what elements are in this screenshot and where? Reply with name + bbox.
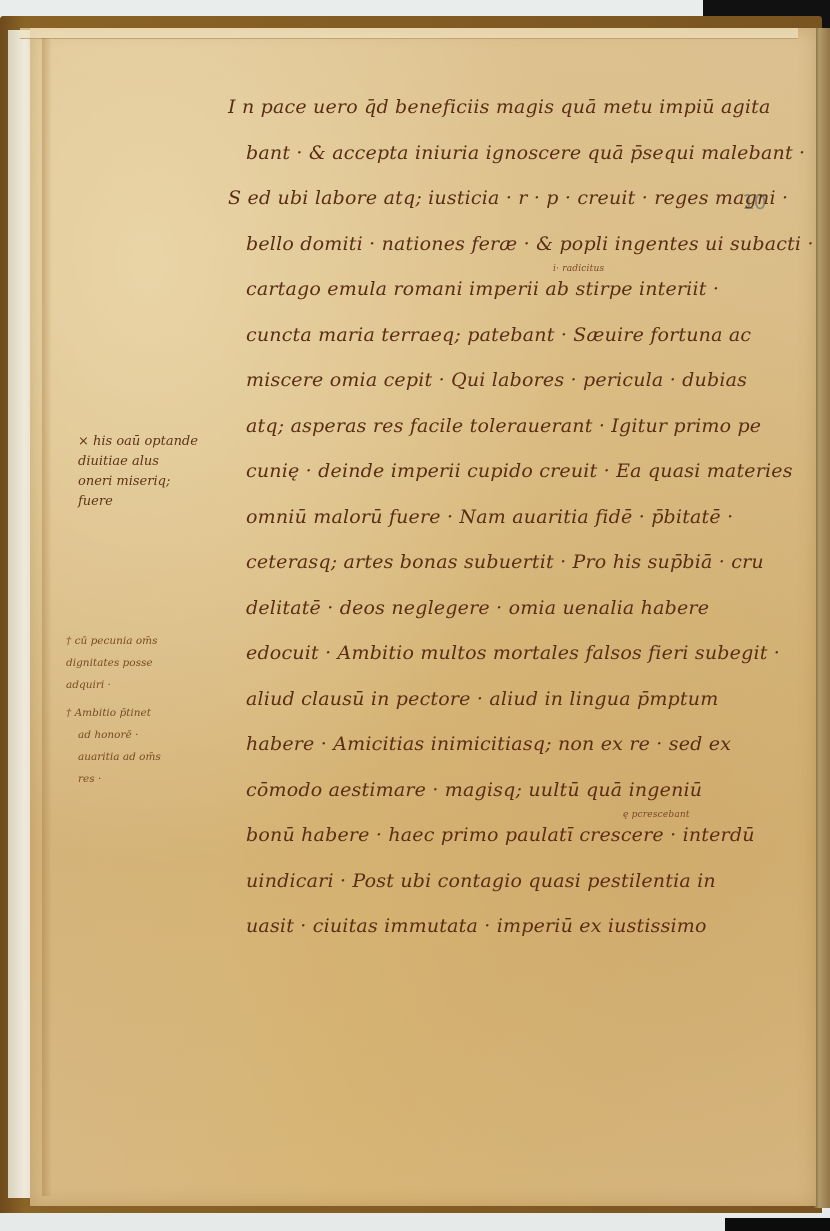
text-line: bonū habere · haec primo paulatī cresc… xyxy=(228,824,768,870)
text-line: bant · & accepta iniuria ignoscere quā … xyxy=(228,142,768,188)
text-line: miscere omia cepit · Qui labores · peric… xyxy=(228,369,768,415)
margin-note-line: fuere xyxy=(78,492,218,512)
text-line: atq; asperas res facile tolerauerant · I… xyxy=(228,415,768,461)
text-line: uindicari · Post ubi contagio quasi pest… xyxy=(228,870,768,916)
margin-note-line: auaritia ad om̄s xyxy=(66,746,206,768)
leaf-top-edge xyxy=(20,28,798,39)
margin-note-line: dignitates posse xyxy=(66,652,206,674)
margin-note-1: × his oaū optande diuitiae alus oneri m… xyxy=(78,432,218,512)
text-line: uasit · ciuitas immutata · imperiū ex i… xyxy=(228,915,768,961)
text-line: edocuit · Ambitio multos mortales falsos… xyxy=(228,642,768,688)
text-line: cunię · deinde imperii cupido creuit · E… xyxy=(228,460,768,506)
interlinear-gloss: ę pcrescebant xyxy=(623,810,690,820)
margin-note-line: × his oaū optande xyxy=(78,432,218,452)
margin-note-line: ad honorē · xyxy=(66,724,206,746)
text-line-content: bonū habere · haec primo paulatī cresc… xyxy=(246,824,755,846)
text-line: omniū malorū fuere · Nam auaritia fide… xyxy=(228,506,768,552)
text-line-content: cartago emula romani imperii ab stirpe i… xyxy=(246,278,719,300)
interlinear-gloss: i· radicitus xyxy=(553,264,604,274)
text-line: cuncta maria terraeq; patebant · Sæuire … xyxy=(228,324,768,370)
scan-background-dark-corner-bottom xyxy=(725,1218,830,1231)
text-line: habere · Amicitias inimicitiasq; non ex … xyxy=(228,733,768,779)
text-line: delitatē · deos neglegere · omia uenali… xyxy=(228,597,768,643)
text-line: ceterasq; artes bonas subuertit · Pro hi… xyxy=(228,551,768,597)
text-line: I n pace uero q̄d beneficiis magis quā … xyxy=(228,96,768,142)
margin-note-line: diuitiae alus xyxy=(78,452,218,472)
text-line: cartago emula romani imperii ab stirpe i… xyxy=(228,278,768,324)
text-line: aliud clausū in pectore · aliud in ling… xyxy=(228,688,768,734)
margin-note-line: res · xyxy=(66,768,206,790)
margin-note-line: † cū pecunia om̄s xyxy=(66,630,206,652)
gutter-shadow xyxy=(42,38,52,1196)
text-line: bello domiti · nationes feræ · & popli i… xyxy=(228,233,768,279)
margin-note-line: oneri miseriq; xyxy=(78,472,218,492)
main-text-block: I n pace uero q̄d beneficiis magis quā … xyxy=(228,96,768,961)
margin-note-2: † cū pecunia om̄s dignitates posse adqu… xyxy=(66,630,206,790)
text-line: S ed ubi labore atq; iusticia · r · p · … xyxy=(228,187,768,233)
margin-note-line: adquiri · xyxy=(66,674,206,696)
margin-note-line: † Ambitio p̄tinet xyxy=(66,702,206,724)
scan-background-bottom xyxy=(0,1213,830,1231)
